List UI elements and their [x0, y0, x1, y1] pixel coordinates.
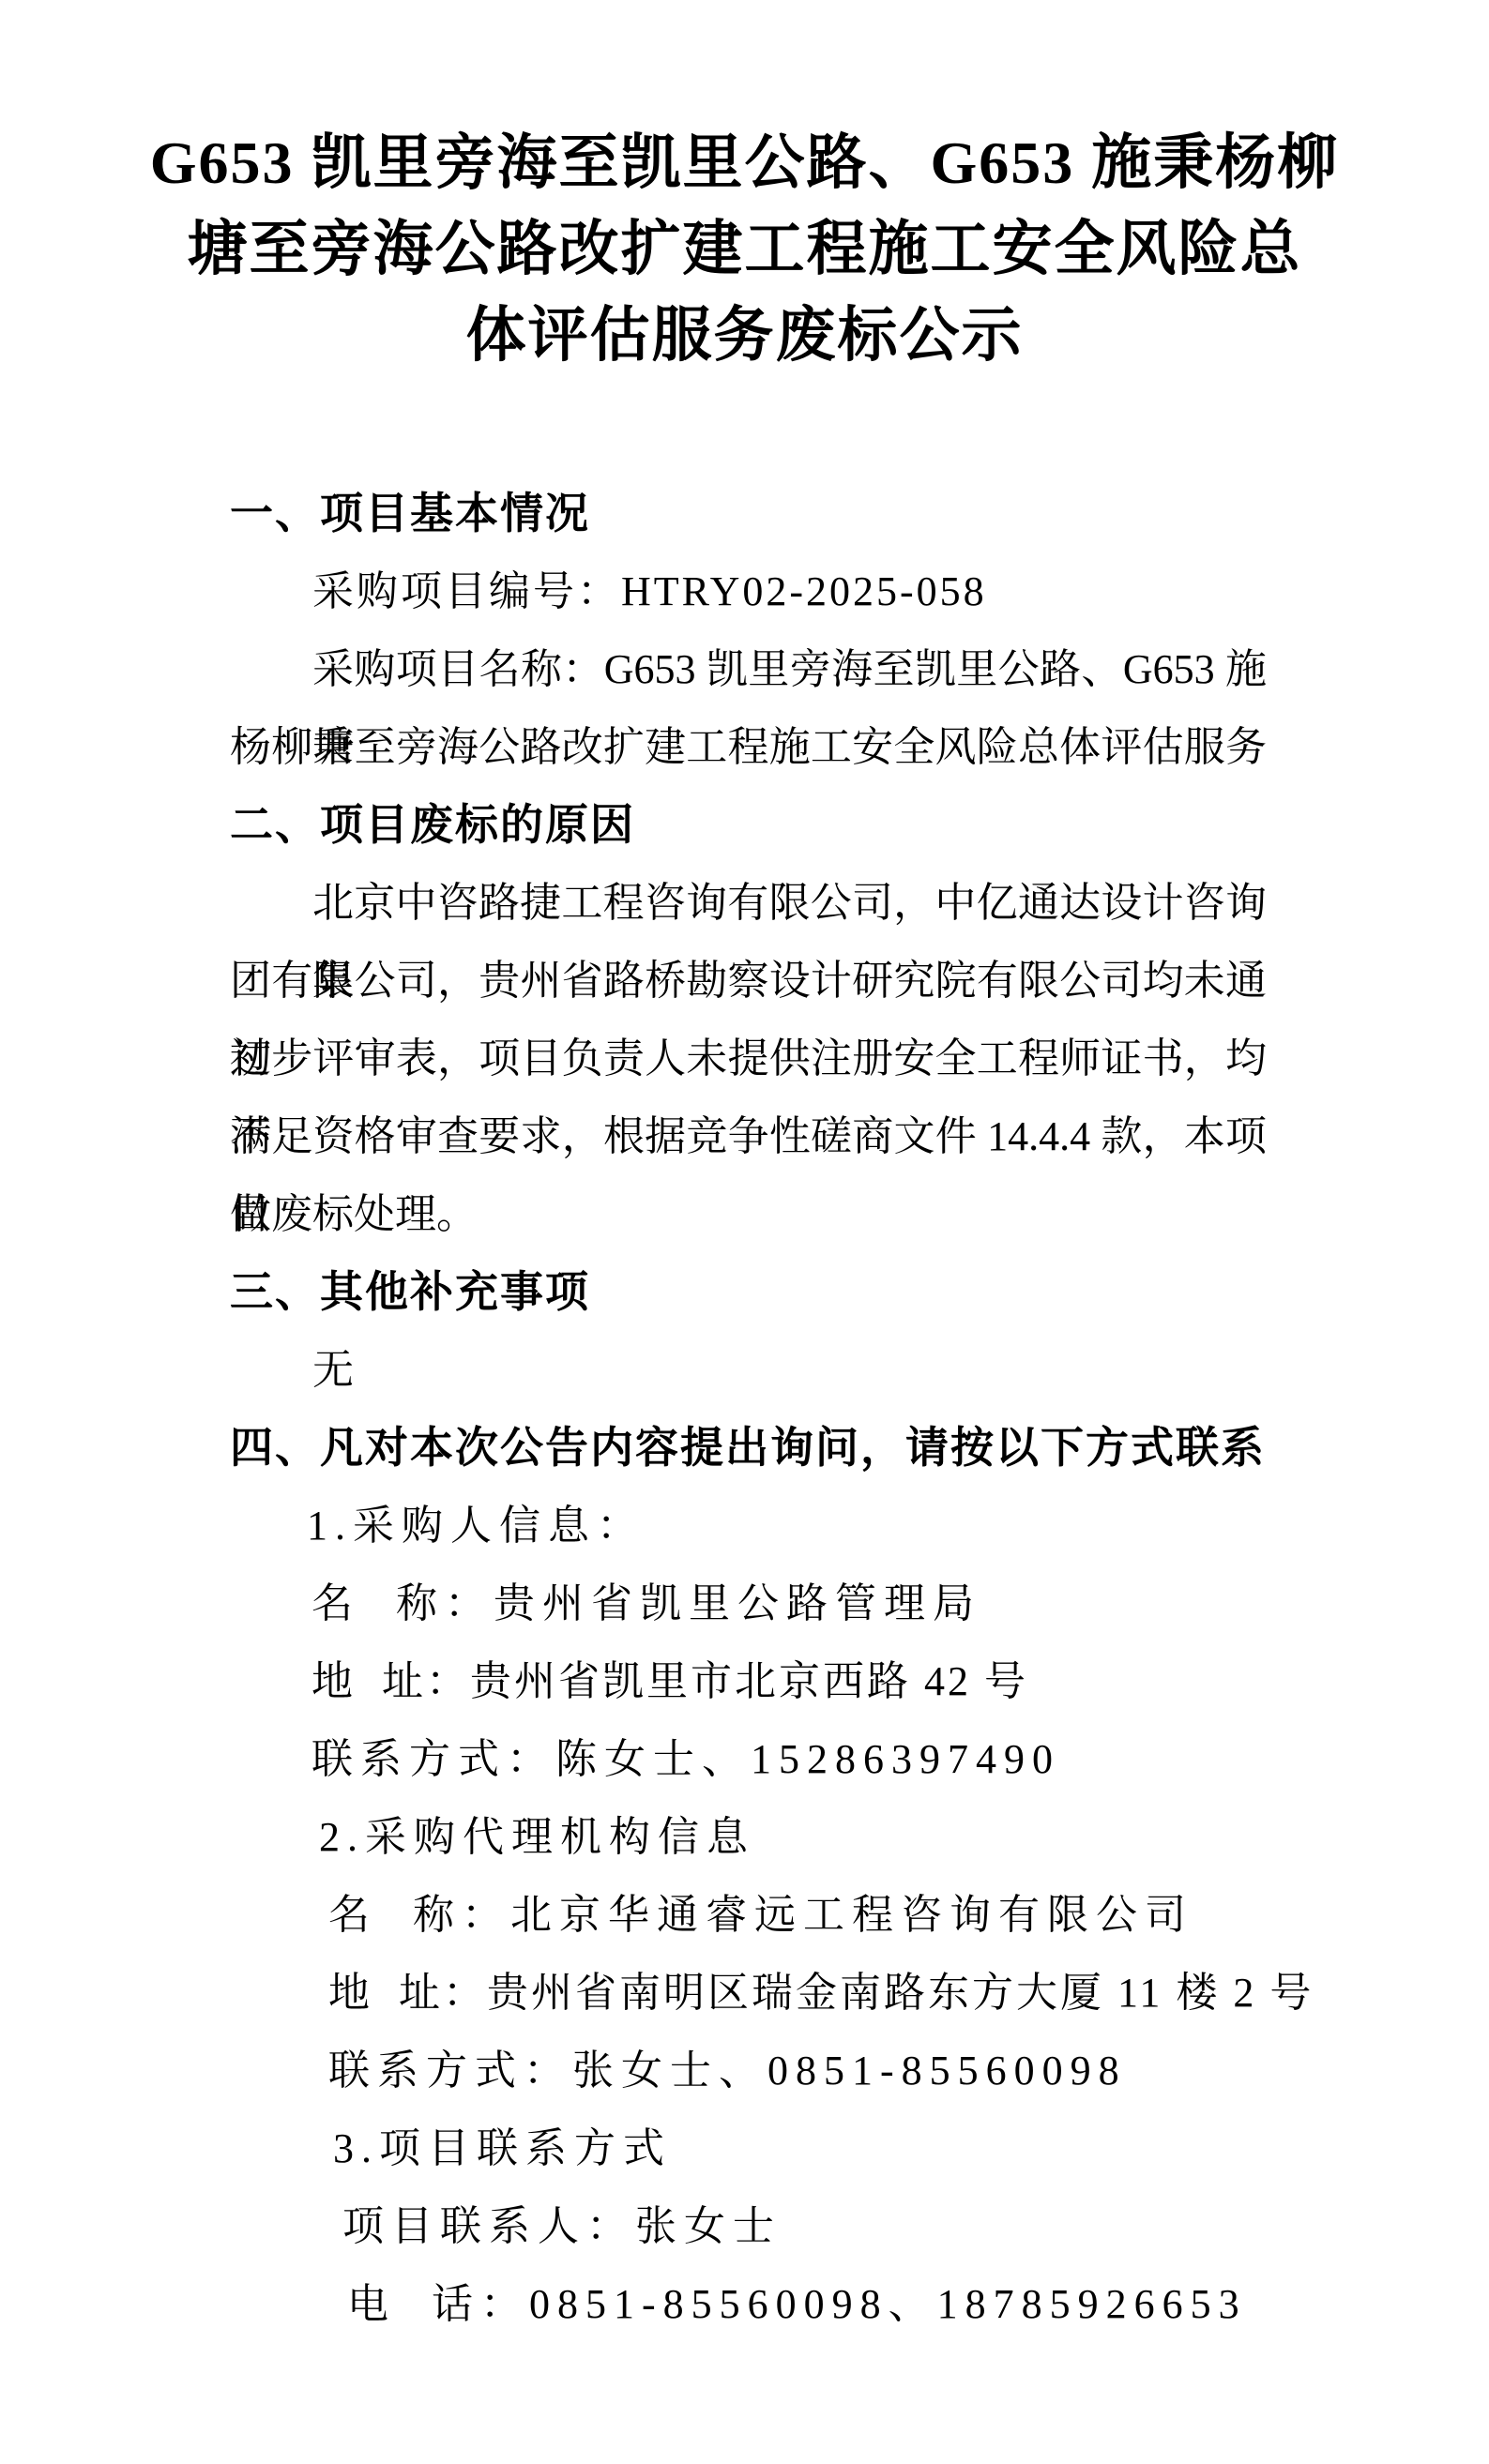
- agency-contact-line: 联系方式：张女士、0851-85560098: [230, 2032, 1267, 2109]
- agency-subheading: 2.采购代理机构信息: [230, 1798, 1267, 1876]
- reason-line-3: 初步评审表，项目负责人未提供注册安全工程师证书，均不: [230, 1020, 1267, 1097]
- document-body: 一、项目基本情况 采购项目编号：HTRY02-2025-058 采购项目名称：G…: [230, 475, 1267, 2343]
- purchaser-contact-line: 联系方式：陈女士、15286397490: [230, 1720, 1267, 1798]
- purchaser-address-line: 地 址：贵州省凯里市北京西路 42 号: [230, 1642, 1267, 1720]
- reason-line-4: 满足资格审查要求，根据竞争性磋商文件 14.4.4 款，本项目: [230, 1097, 1267, 1175]
- agency-name-line: 名 称：北京华通睿远工程咨询有限公司: [230, 1876, 1267, 1954]
- project-contact-person-line: 项目联系人：张女士: [230, 2187, 1267, 2265]
- section1-heading: 一、项目基本情况: [230, 475, 1267, 552]
- project-name-line-2: 杨柳塘至旁海公路改扩建工程施工安全风险总体评估服务: [230, 708, 1267, 786]
- section2-heading: 二、项目废标的原因: [230, 786, 1267, 864]
- document-title-line-2: 塘至旁海公路改扩建工程施工安全风险总: [0, 206, 1489, 293]
- project-name-line-1: 采购项目名称：G653 凯里旁海至凯里公路、G653 施秉: [230, 630, 1267, 708]
- agency-address-line: 地 址：贵州省南明区瑞金南路东方大厦 11 楼 2 号: [230, 1954, 1267, 2032]
- document-title-line-1: G653 凯里旁海至凯里公路、G653 施秉杨柳: [0, 120, 1489, 206]
- notice-document-page: G653 凯里旁海至凯里公路、G653 施秉杨柳 塘至旁海公路改扩建工程施工安全…: [0, 0, 1489, 2464]
- section4-heading: 四、凡对本次公告内容提出询问，请按以下方式联系: [230, 1409, 1267, 1487]
- document-title-line-3: 体评估服务废标公示: [0, 293, 1489, 379]
- project-contact-subheading: 3.项目联系方式: [230, 2109, 1267, 2187]
- purchaser-name-line: 名 称：贵州省凯里公路管理局: [230, 1565, 1267, 1642]
- section3-heading: 三、其他补充事项: [230, 1253, 1267, 1331]
- project-contact-phone-line: 电 话：0851-85560098、18785926653: [230, 2265, 1267, 2343]
- reason-line-2: 团有限公司，贵州省路桥勘察设计研究院有限公司均未通过: [230, 942, 1267, 1020]
- purchaser-subheading: 1.采购人信息：: [230, 1487, 1267, 1565]
- section3-content: 无: [230, 1331, 1267, 1409]
- reason-line-5: 做废标处理。: [230, 1175, 1267, 1253]
- project-number-line: 采购项目编号：HTRY02-2025-058: [230, 552, 1267, 630]
- reason-line-1: 北京中咨路捷工程咨询有限公司，中亿通达设计咨询集: [230, 864, 1267, 942]
- document-title: G653 凯里旁海至凯里公路、G653 施秉杨柳 塘至旁海公路改扩建工程施工安全…: [0, 0, 1489, 379]
